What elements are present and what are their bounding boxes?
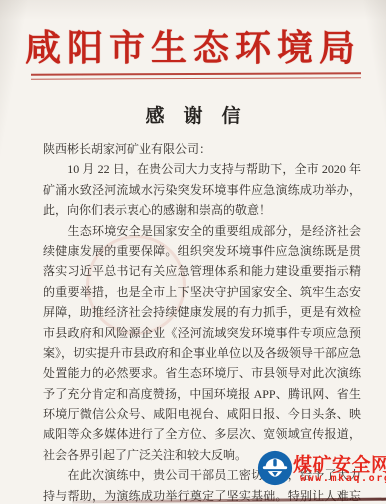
body-line: 处置能力的必然要求。省生态环境厅、市县领导对此次演练给 [43,363,361,383]
body-line: 案》，切实提升市县政府和企事业单位以及各级领导干部应急 [43,343,361,363]
watermark-site-url: www.mkaq.org [300,473,386,484]
body-line: 予了充分肯定和高度赞扬，中国环境报 APP、腾讯网、省生态 [43,384,361,404]
body-line: 的重要举措，也是全市上下坚决守护国家安全、筑牢生态安全 [43,282,361,302]
body-line: 续健康发展的重要保障。组织突发环境事件应急演练既是贯彻 [43,241,361,261]
body-line: 市县政府和风险源企业《泾河流域突发环境事件专项应急预 [43,323,361,343]
body-line: 10 月 22 日，在贵公司大力支持与帮助下，全市 2020 年煤 [43,159,361,179]
body-line: 屏障，助推经济社会持续健康发展的有力抓手，更是有效检验 [43,302,361,322]
recipient-line: 陕西彬长胡家河矿业有限公司： [43,139,361,159]
scanned-letter-page: 咸阳市生态环境局 感 谢 信 陕西彬长胡家河矿业有限公司： 10 月 22 日，… [0,0,386,504]
watermark: 煤矿安全网 www.mkaq.org [254,447,386,493]
body-line: 生态环境安全是国家安全的重要组成部分，是经济社会持 [43,221,361,241]
body-line: 环境厅微信公众号、咸阳电视台、咸阳日报、今日头条、映像 [43,404,361,424]
letter-title: 感 谢 信 [0,101,386,128]
letterhead-org-name: 咸阳市生态环境局 [0,20,386,71]
body-line: 落实习近平总书记有关应急管理体系和能力建设重要指示精神 [43,261,361,281]
body-line: 矿涌水致泾河流域水污染突发环境事件应急演练成功举办，对 [43,180,361,200]
body-line: 此，向你们表示衷心的感谢和崇高的敬意！ [43,200,361,220]
miner-helmet-icon [257,450,293,486]
body-line: 咸阳等众多媒体进行了全方位、多层次、宽领域宣传报道，在 [43,424,361,444]
letterhead-double-rule [31,72,361,79]
